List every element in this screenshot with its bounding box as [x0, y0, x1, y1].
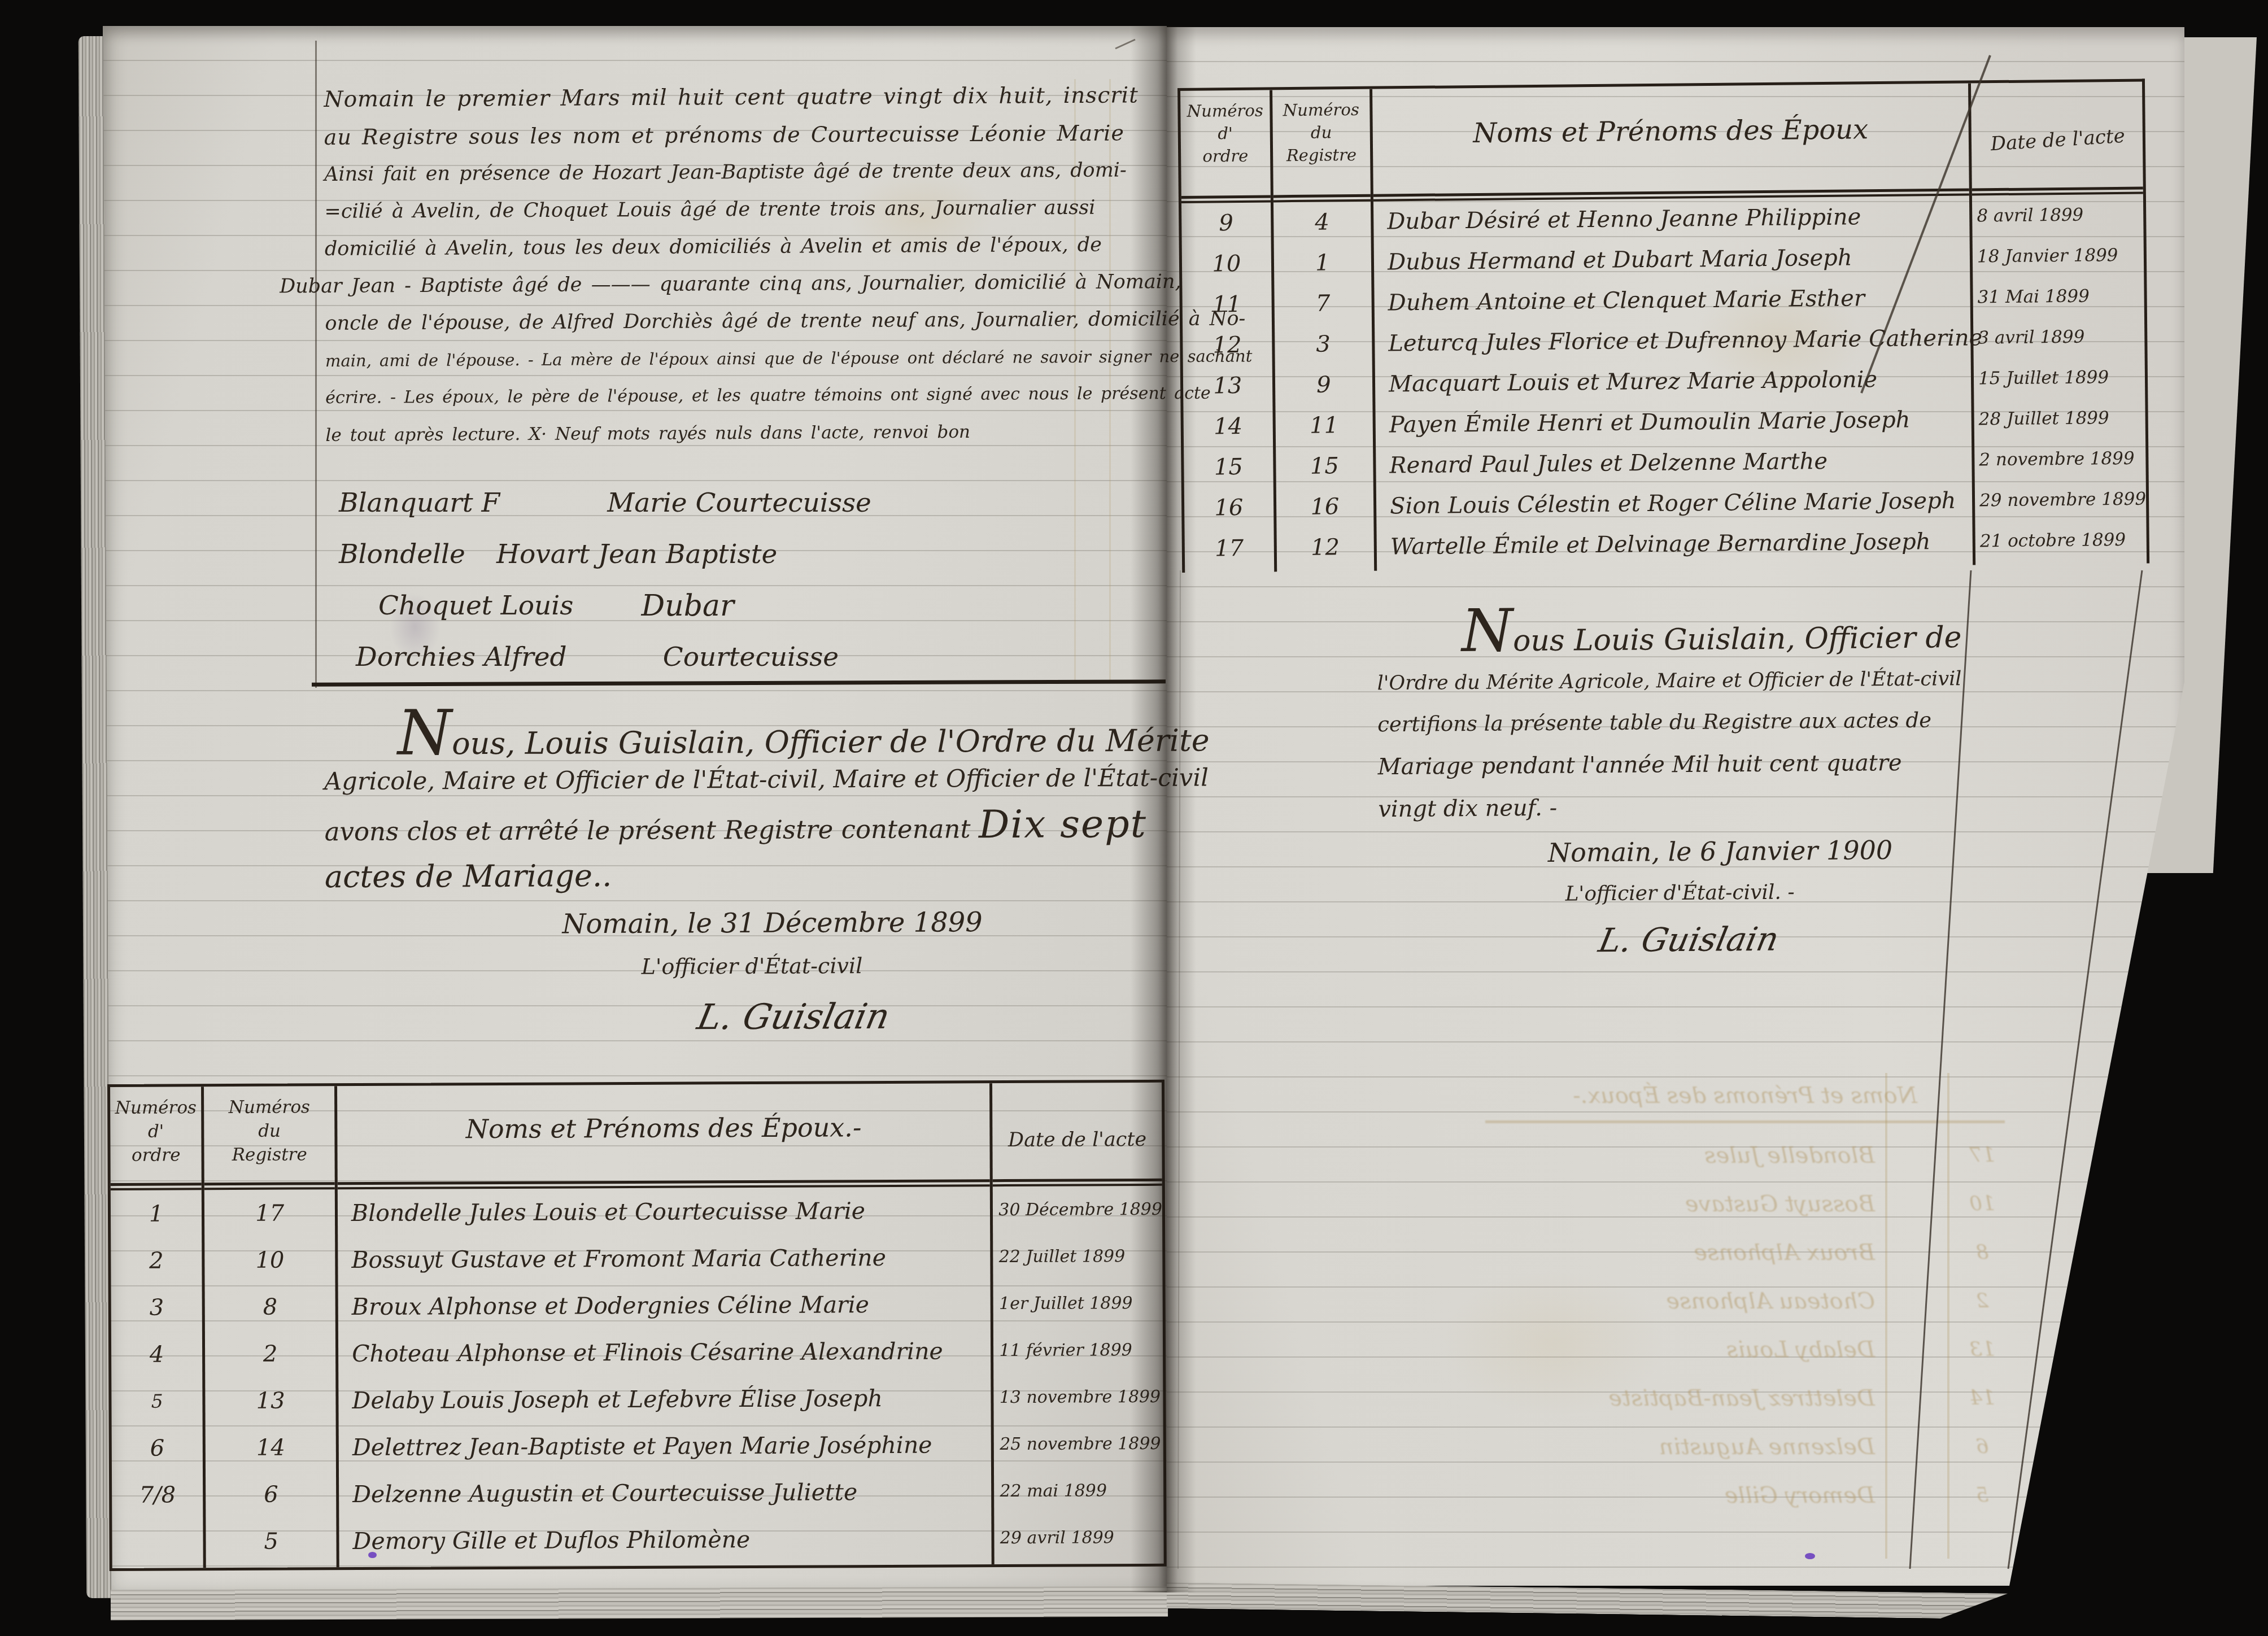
- bleedthrough-number: 6: [1943, 1423, 2022, 1471]
- date-cell: 25 novembre 1899: [994, 1420, 1163, 1468]
- registre-cell: 15: [1276, 446, 1373, 487]
- noms-cell: Demory Gille et Duflos Philomène: [339, 1515, 992, 1564]
- officer-signature: L. Guislain: [1373, 909, 1995, 971]
- bleedthrough-name: Bossuyt Gustave: [1468, 1180, 1943, 1228]
- date-cell: 8 avril 1899: [1972, 194, 2144, 237]
- table-column: NumérosduRegistre171082131465: [201, 1086, 336, 1568]
- table-column: Numérosd'ordre91011121314151617: [1180, 90, 1274, 572]
- closing-line-text: avons clos et arrêté le présent Registre…: [325, 814, 979, 847]
- noms-cell: Sion Louis Célestin et Roger Céline Mari…: [1376, 481, 1973, 527]
- bleedthrough-row: Blondelle Jules17: [1468, 1131, 2022, 1180]
- signature-row: Blanquart FMarie Courtecuisse: [339, 477, 1141, 529]
- bleedthrough-column-line: [1885, 1073, 1887, 1559]
- column-header-line: Registre: [1286, 143, 1357, 167]
- registre-cell: 13: [206, 1377, 336, 1424]
- bleedthrough-name: Choteau Alphonse: [1468, 1277, 1943, 1325]
- noms-cell: Leturcq Jules Florice et Dufrennoy Marie…: [1375, 318, 1971, 364]
- bleedthrough-number: 17: [1943, 1131, 2022, 1180]
- act-line: Ainsi fait en présence de Hozart Jean-Ba…: [324, 151, 1161, 193]
- bleedthrough-number: 5: [1943, 1471, 2022, 1520]
- registre-cell: 5: [206, 1517, 337, 1565]
- ordre-cell: 6: [112, 1424, 203, 1472]
- bleedthrough-name: Demory Gille: [1468, 1471, 1943, 1520]
- witness-signature: Blondelle: [339, 539, 465, 570]
- noms-cell: Wartelle Émile et Delvinage Bernardine J…: [1377, 521, 1973, 568]
- registre-cell: 12: [1276, 527, 1374, 569]
- certification-line: l'Ordre du Mérite Agricole, Maire et Off…: [1377, 658, 1987, 704]
- registre-cell: 4: [1273, 202, 1371, 243]
- noms-cell: Payen Émile Henri et Dumoulin Marie Jose…: [1375, 399, 1972, 446]
- certification-line: Mariage pendant l'année Mil huit cent qu…: [1377, 741, 1988, 788]
- witness-signature: Hovart Jean Baptiste: [496, 539, 777, 570]
- bleedthrough-row: Broux Alphonse8: [1468, 1228, 2022, 1277]
- bleedthrough-number: 13: [1943, 1325, 2022, 1374]
- act-line: Nomain le premier Mars mil huit cent qua…: [324, 77, 1161, 119]
- date-cell: 3 avril 1899: [1973, 316, 2145, 359]
- registre-cell: 6: [206, 1471, 336, 1518]
- bleedthrough-rule: [1485, 1120, 2005, 1123]
- column-header: Numérosd'ordre: [110, 1087, 202, 1183]
- act-line: au Registre sous les nom et prénoms de C…: [324, 114, 1161, 156]
- column-header-line: Date de l'acte: [1988, 88, 2126, 156]
- column-header: Date de l'acte: [992, 1083, 1162, 1179]
- certification-dateline: Nomain, le 6 Janvier 1900: [1379, 826, 1989, 878]
- closing-line: avons clos et arrêté le présent Registre…: [324, 800, 1161, 852]
- noms-cell: Renard Paul Jules et Delzenne Marthe: [1376, 440, 1972, 486]
- registre-cell: 17: [204, 1189, 335, 1237]
- margin-rule-line: [315, 41, 317, 688]
- column-header: Noms et Prénoms des Époux: [1372, 84, 1969, 194]
- date-cell: 13 novembre 1899: [994, 1373, 1163, 1421]
- bleedthrough-name: Delettrez Jean-Baptiste: [1468, 1374, 1943, 1423]
- bleedthrough-row: Choteau Alphonse2: [1468, 1277, 2022, 1325]
- acte-count-words: Dix sept: [979, 802, 1148, 847]
- date-cell: 22 Juillet 1899: [993, 1233, 1162, 1280]
- date-cell: 28 Juillet 1899: [1974, 398, 2145, 440]
- witness-signature: Dorchies Alfred: [356, 642, 567, 673]
- noms-cell: Broux Alphonse et Dodergnies Céline Mari…: [338, 1280, 991, 1330]
- bleedthrough-row: Delzenne Augustin6: [1468, 1423, 2022, 1471]
- registre-cell: 2: [205, 1330, 335, 1377]
- closing-line: Agricole, Maire et Officier de l'État-ci…: [324, 756, 1161, 804]
- registre-cell: 7: [1274, 283, 1372, 325]
- column-header: NumérosduRegistre: [1272, 89, 1371, 195]
- signature-row: Dorchies AlfredCourtecuisse: [339, 631, 1141, 683]
- date-cell: 21 octobre 1899: [1975, 520, 2147, 562]
- column-header-line: Registre: [232, 1142, 307, 1167]
- bleedthrough-number: 10: [1943, 1180, 2022, 1228]
- ordre-cell: [112, 1518, 203, 1565]
- noms-cell: Blondelle Jules Louis et Courtecuisse Ma…: [338, 1186, 991, 1236]
- date-cell: 30 Décembre 1899: [993, 1186, 1162, 1233]
- closing-line: Nous, Louis Guislain, Officier de l'Ordr…: [324, 703, 1161, 760]
- column-header-line: Date de l'acte: [1008, 1092, 1147, 1152]
- column-header: NumérosduRegistre: [204, 1086, 334, 1183]
- registre-cell: 16: [1276, 486, 1373, 528]
- bleedthrough-number: 2: [1943, 1277, 2022, 1325]
- signatures-block: Blanquart FMarie CourtecuisseBlondelleHo…: [339, 477, 1141, 683]
- bleedthrough-name: Delaby Louis: [1468, 1325, 1943, 1374]
- noms-cell: Duhem Antoine et Clenquet Marie Esther: [1374, 277, 1970, 324]
- ordre-cell: 11: [1182, 283, 1271, 325]
- column-header-line: Numéros: [1283, 98, 1359, 121]
- date-cell: 29 avril 1899: [995, 1514, 1164, 1561]
- column-header-line: du: [1311, 121, 1332, 143]
- registre-cell: 3: [1275, 324, 1372, 365]
- noms-cell: Choteau Alphonse et Flinois Césarine Ale…: [338, 1327, 991, 1377]
- signature-row: BlondelleHovart Jean Baptiste: [339, 529, 1141, 580]
- bleedthrough-row: Bossuyt Gustave10: [1468, 1180, 2022, 1228]
- signature-row: Choquet LouisDubar: [339, 580, 1141, 631]
- officer-title-line: L'officier d'État-civil: [325, 945, 1162, 988]
- certification-line: certifions la présente table du Registre…: [1377, 699, 1988, 745]
- header-double-rule: [993, 1179, 1162, 1186]
- column-header-line: ordre: [132, 1143, 181, 1167]
- registre-cell: 10: [205, 1236, 335, 1284]
- table-column: Noms et Prénoms des Époux.-Blondelle Jul…: [334, 1083, 992, 1567]
- violet-ink-stain: [368, 1552, 377, 1558]
- date-cell: 15 Juillet 1899: [1974, 357, 2145, 399]
- table-column: NumérosduRegistre4173911151612: [1270, 89, 1375, 572]
- act-line: =cilié à Avelin, de Choquet Louis âgé de…: [324, 189, 1161, 230]
- ordre-cell: 17: [1184, 527, 1273, 569]
- page-stack-edge-bottom: [1166, 1582, 2008, 1619]
- registre-cell: 9: [1275, 364, 1372, 406]
- noms-cell: Delzenne Augustin et Courtecuisse Juliet…: [339, 1468, 992, 1517]
- violet-ink-stain: [1805, 1553, 1815, 1559]
- certification-line: Nous Louis Guislain, Officier de: [1376, 595, 1987, 663]
- noms-cell: Dubus Hermand et Dubart Maria Joseph: [1374, 237, 1970, 283]
- bleedthrough-name: Broux Alphonse: [1468, 1228, 1943, 1277]
- ordre-cell: 9: [1181, 202, 1271, 244]
- closing-line: actes de Mariage..: [325, 849, 1162, 902]
- header-double-rule: [111, 1183, 202, 1190]
- column-header-line: Numéros: [1187, 99, 1263, 123]
- column-header-line: ordre: [1202, 145, 1248, 168]
- certification-statement: Nous Louis Guislain, Officier de l'Ordre…: [1376, 595, 1989, 970]
- page-stack-edge-bottom: [111, 1586, 1168, 1621]
- act-line: le tout après lecture. X· Neuf mots rayé…: [325, 412, 1162, 454]
- bleedthrough-row: Demory Gille5: [1468, 1471, 2022, 1520]
- ordre-cell: 5: [111, 1377, 203, 1425]
- column-header-line: d': [148, 1120, 164, 1144]
- witness-signature: Blanquart F: [339, 487, 500, 518]
- officer-title-line: L'officier d'État-civil. -: [1379, 873, 1988, 914]
- scanned-register-photo: { "ink_color": "#2d251d", "paper_color":…: [0, 0, 2268, 1636]
- column-header-line: Numéros: [115, 1096, 197, 1120]
- noms-cell: Macquart Louis et Murez Marie Appolonie: [1375, 359, 1972, 405]
- table-column: Noms et Prénoms des ÉpouxDubar Désiré et…: [1369, 84, 1973, 571]
- date-cell: 18 Janvier 1899: [1973, 235, 2144, 277]
- act-line: écrire. - Les époux, le père de l'épouse…: [325, 375, 1162, 417]
- certification-line: vingt dix neuf. -: [1378, 784, 1988, 830]
- ordre-cell: 14: [1183, 405, 1272, 447]
- noms-cell: Dubar Désiré et Henno Jeanne Philippine: [1373, 196, 1970, 242]
- registre-cell: 11: [1275, 405, 1373, 447]
- ordre-cell: 3: [111, 1284, 203, 1331]
- noms-cell: Delettrez Jean-Baptiste et Payen Marie J…: [339, 1421, 992, 1471]
- marriage-index-table-left: Numérosd'ordre1234567/8NumérosduRegistre…: [107, 1080, 1167, 1571]
- bleedthrough-row: Delettrez Jean-Baptiste14: [1468, 1374, 2022, 1423]
- bleedthrough-number: 8: [1943, 1228, 2022, 1277]
- noms-cell: Delaby Louis Joseph et Lefebvre Élise Jo…: [338, 1374, 991, 1424]
- act-line: Dubar Jean - Baptiste âgé de ——— quarant…: [280, 263, 1162, 305]
- header-double-rule: [204, 1182, 335, 1190]
- ordre-cell: 12: [1183, 324, 1272, 366]
- witness-signature: Dubar: [641, 589, 734, 623]
- witness-signature: Courtecuisse: [663, 642, 839, 673]
- column-header-line: du: [258, 1119, 281, 1143]
- act-line: domicilié à Avelin, tous les deux domici…: [325, 226, 1162, 268]
- date-cell: 11 février 1899: [993, 1327, 1163, 1374]
- officer-signature: L. Guislain: [319, 984, 1169, 1050]
- act-line: oncle de l'épouse, de Alfred Dorchiès âg…: [325, 300, 1162, 342]
- bleedthrough-name: Delzenne Augustin: [1468, 1423, 1943, 1471]
- act-paragraph: Nomain le premier Mars mil huit cent qua…: [324, 77, 1162, 454]
- date-cell: 1er Juillet 1899: [993, 1280, 1163, 1327]
- date-cell: 31 Mai 1899: [1973, 276, 2144, 318]
- date-cell: 29 novembre 1899: [1975, 479, 2147, 521]
- ordre-cell: 4: [111, 1330, 203, 1378]
- marriage-index-table-right: Numérosd'ordre91011121314151617Numérosdu…: [1177, 79, 2149, 573]
- ink-bleedthrough: Noms et Prénoms des Époux.-Blondelle Jul…: [1468, 1073, 2022, 1570]
- closing-dateline: Nomain, le 31 Décembre 1899: [325, 898, 1162, 948]
- table-column: Date de l'acte30 Décembre 189922 Juillet…: [989, 1083, 1163, 1564]
- closing-statement: Nous, Louis Guislain, Officier de l'Ordr…: [324, 703, 1163, 1050]
- ordre-cell: 10: [1182, 243, 1271, 285]
- registre-cell: 14: [206, 1424, 336, 1471]
- bleedthrough-number: 14: [1943, 1374, 2022, 1423]
- registre-cell: 1: [1273, 242, 1371, 284]
- column-header-line: Noms et Prénoms des Époux.-: [465, 1093, 861, 1141]
- ordre-cell: 1: [111, 1190, 202, 1237]
- date-cell: 22 mai 1899: [994, 1467, 1163, 1515]
- column-header-line: Numéros: [229, 1095, 310, 1119]
- witness-signature: Marie Courtecuisse: [607, 487, 871, 518]
- ordre-cell: 2: [111, 1237, 202, 1284]
- column-header-line: d': [1218, 122, 1233, 145]
- noms-cell: Bossuyt Gustave et Fromont Maria Catheri…: [338, 1233, 991, 1283]
- ordre-cell: 7/8: [112, 1471, 203, 1519]
- bleedthrough-column-line: [1947, 1073, 1949, 1559]
- column-header: Date de l'acte: [1971, 82, 2143, 189]
- bleedthrough-name: Blondelle Jules: [1468, 1131, 1943, 1180]
- column-header: Numérosd'ordre: [1180, 90, 1270, 196]
- column-header-line: Noms et Prénoms des Époux: [1473, 93, 1869, 145]
- witness-signature: Choquet Louis: [378, 590, 573, 621]
- table-column: Date de l'acte8 avril 189918 Janvier 189…: [1968, 82, 2147, 565]
- act-line: main, ami de l'épouse. - La mère de l'ép…: [325, 338, 1162, 379]
- ordre-cell: 16: [1184, 487, 1273, 529]
- table-column: Numérosd'ordre1234567/8: [110, 1087, 203, 1568]
- bleedthrough-header: Noms et Prénoms des Époux.-: [1468, 1073, 2022, 1118]
- ordre-cell: 15: [1184, 446, 1273, 488]
- column-header: Noms et Prénoms des Époux.-: [337, 1083, 990, 1182]
- date-cell: 2 novembre 1899: [1974, 438, 2146, 481]
- registre-cell: 8: [205, 1283, 335, 1330]
- ordre-cell: 13: [1183, 365, 1272, 407]
- bleedthrough-row: Delaby Louis13: [1468, 1325, 2022, 1374]
